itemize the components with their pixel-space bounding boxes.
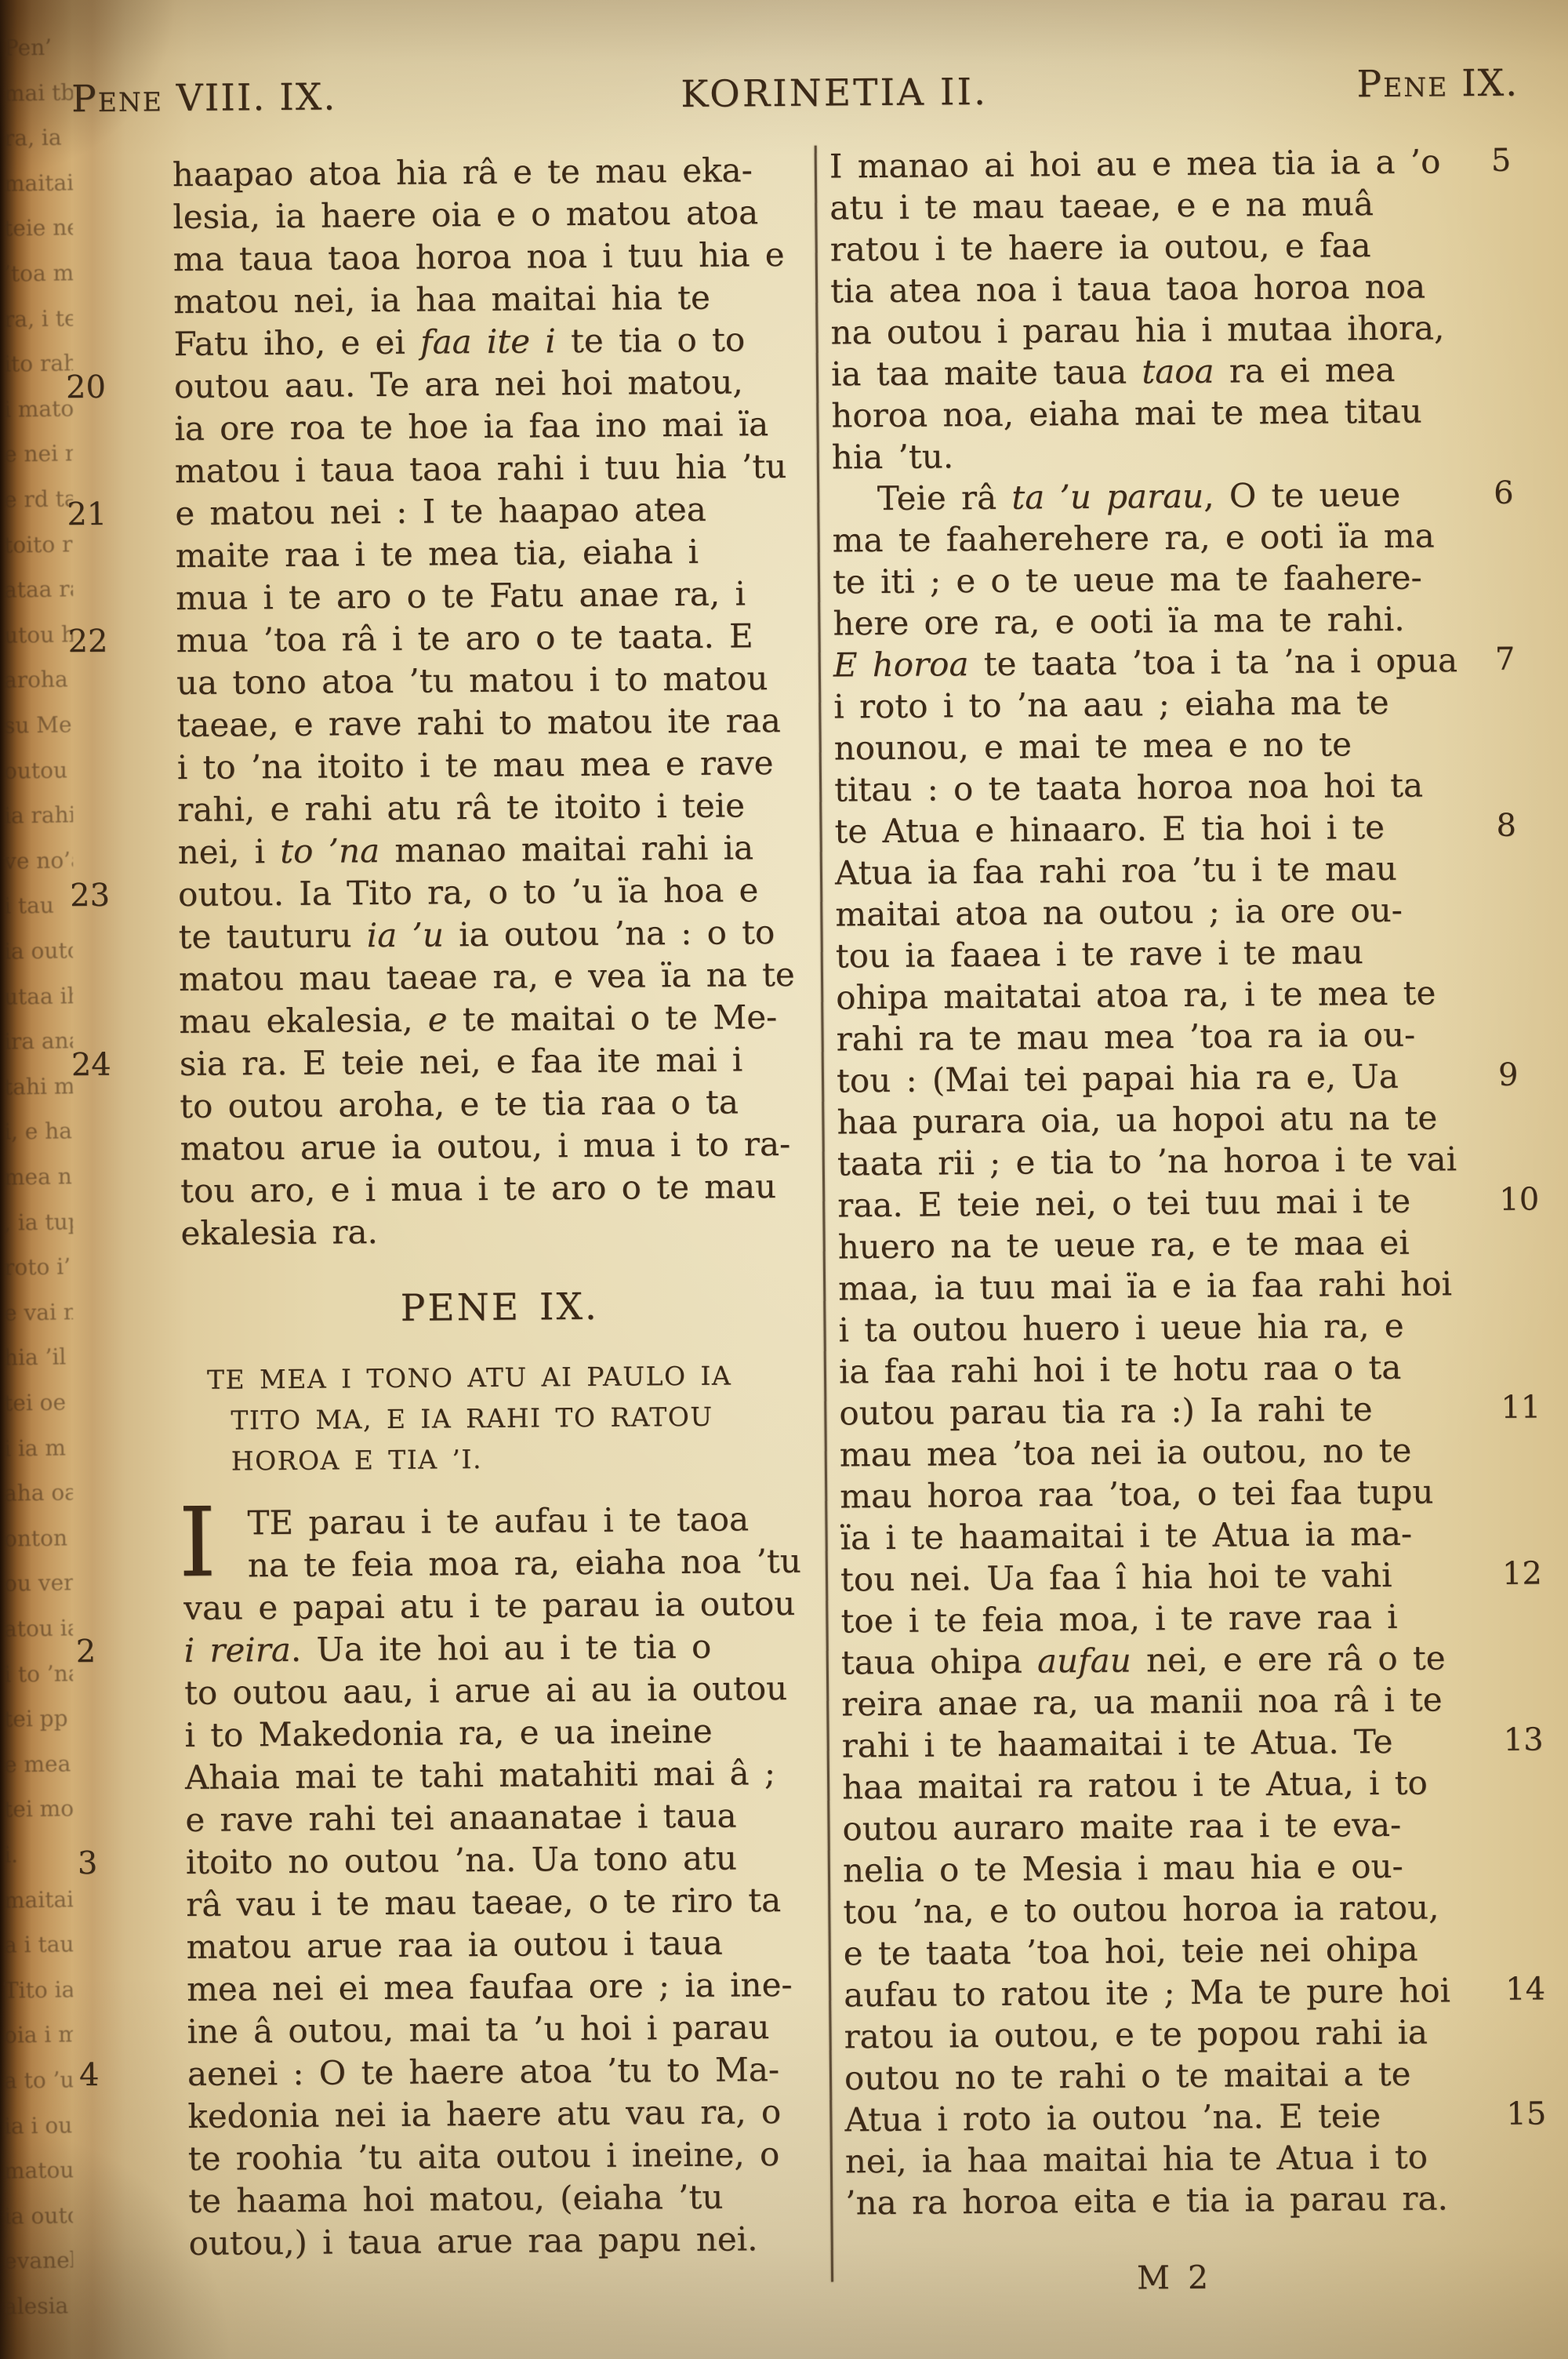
verse-text: sia ra. E teie nei, e faa ite mai i	[180, 1040, 743, 1083]
verse-text: ia faa rahi hoi i te hotu raa o ta	[839, 1348, 1402, 1391]
verse-text: te iti ; e o te ueue ma te faahere-	[833, 558, 1422, 602]
text-line: Fatu iho, e ei faa ite i te tia o to	[173, 318, 810, 365]
book-title: KORINETIA II.	[681, 71, 988, 116]
verse-text: ua tono atoa ’tu matou i to matou	[176, 659, 768, 702]
verse-text: matou mau taeae ra, e vea ïa na te	[179, 955, 795, 998]
facing-page-text-fragment: , ia tup	[4, 1210, 73, 1234]
verse-number: 23	[70, 874, 142, 917]
text-line: outou no te rahi o te maitai a te	[844, 2052, 1501, 2099]
facing-page-text-fragment: ve no’a	[4, 849, 73, 873]
facing-page-text-fragment: ataa raa’	[4, 577, 73, 602]
text-line: to outou aau, i arue ai au ia outou	[184, 1667, 821, 1714]
facing-page-text-fragment: ia outo	[4, 939, 73, 963]
verse-text: aenei : O te haere atoa ’tu to Ma-	[187, 2050, 780, 2093]
verse-number: 15	[1494, 2093, 1568, 2135]
facing-page-text-fragment: aha oa	[4, 1481, 73, 1505]
verse-text: ’na ra horoa eita e tia ia parau ra.	[845, 2179, 1448, 2222]
left-column-verses: haapao atoa hia râ e te mau eka-lesia, i…	[172, 149, 818, 1255]
text-line: tou nei. Ua faa î hia hoi te vahi12	[840, 1554, 1497, 1601]
text-line: Atua ia faa rahi roa ’tu i te mau	[835, 847, 1492, 894]
verse-text: TE parau i te aufau i te taoa	[247, 1499, 749, 1542]
facing-page-text-fragment: tei moa	[4, 1797, 73, 1822]
verse-text: outou auraro maite raa i te eva-	[842, 1805, 1401, 1848]
book-page-photo: Pen’mai tbra, iamaitaiteie ne’toa mra, i…	[0, 0, 1568, 2359]
verse-text: Teie râ ta ’u parau, O te ueue	[832, 475, 1400, 518]
verse-text: nounou, e mai te mea e no te	[834, 725, 1352, 767]
facing-page-text-fragment: mea n	[4, 1165, 73, 1189]
verse-text: E horoa te taata ’toa i ta ’na i opua	[833, 641, 1458, 684]
facing-page-text-fragment: matou ’	[4, 2158, 73, 2183]
text-line: matou i taua taoa rahi i tuu hia ’tu	[175, 445, 811, 493]
text-line: i to ’na itoito i te mau mea e rave	[177, 742, 814, 789]
verse-text: i roto i to ’na aau ; eiaha ma te	[833, 683, 1389, 726]
verse-number: 10	[1486, 1179, 1568, 1221]
verse-text: mua i te aro o te Fatu anae ra, i	[176, 574, 746, 617]
verse-text: nei, i to ’na manao maitai rahi ia	[178, 828, 754, 871]
verse-text: haa maitai ra ratou i te Atua, i to	[842, 1764, 1428, 1807]
text-line: E horoa te taata ’toa i ta ’na i opua7	[833, 639, 1490, 686]
verse-text: ratou i te haere ia outou, e faa	[830, 226, 1371, 268]
facing-page-text-fragment: onton t	[4, 1526, 73, 1550]
facing-page-text-fragment: i tau	[4, 894, 73, 918]
text-line: Ahaia mai te tahi matahiti mai â ;	[185, 1752, 822, 1799]
text-line: matou nei, ia haa maitai hia te	[173, 276, 810, 323]
text-line: e te taata ’toa hoi, teie nei ohipa	[844, 1928, 1501, 1975]
text-line: aenei : O te haere atoa ’tu to Ma-4	[187, 2048, 824, 2095]
verse-text: te Atua e hinaaro. E tia hoi i te	[834, 808, 1385, 851]
verse-text: rahi, e rahi atu râ te itoito i teie	[177, 786, 745, 829]
verse-number: 24	[71, 1043, 143, 1086]
facing-page-text-fragment: Tito ia	[4, 1978, 73, 2002]
text-line: ia ore roa te hoe ia faa ino mai ïa	[174, 403, 811, 450]
verse-text: tou nei. Ua faa î hia hoi te vahi	[840, 1556, 1392, 1599]
text-line: I manao ai hoi au e mea tia ia a ’o5	[829, 140, 1486, 187]
verse-text: i reira. Ua ite hoi au i te tia o	[184, 1627, 712, 1670]
facing-page-text-fragment: ia outou	[4, 2204, 73, 2228]
text-line: ohipa maitatai atoa ra, i te mea te	[836, 972, 1493, 1019]
verse-text: atu i te mau taeae, e e na muâ	[829, 184, 1374, 227]
text-line: na outou i parau hia i mutaa ihora,	[830, 307, 1487, 354]
text-line: ine â outou, mai ta ’u hoi i parau	[187, 2006, 823, 2053]
facing-page-edge: Pen’mai tbra, iamaitaiteie ne’toa mra, i…	[0, 0, 75, 2359]
verse-text: outou aau. Te ara nei hoi matou,	[174, 362, 743, 405]
text-line: itoito no outou ’na. Ua tono atu3	[186, 1837, 822, 1884]
text-line: outou,) i taua arue raa papu nei.	[188, 2218, 825, 2265]
verse-text: here ore ra, e ooti ïa ma te rahi.	[833, 600, 1405, 643]
verse-text: huero na te ueue ra, e te maa ei	[838, 1223, 1410, 1267]
text-line: nelia o te Mesia i mau hia e ou-	[843, 1845, 1500, 1892]
text-line: ratou i te haere ia outou, e faa	[830, 224, 1487, 271]
text-line: reira anae ra, ua manii noa râ i te	[841, 1678, 1498, 1725]
facing-page-text-fragment: teie ne	[4, 216, 73, 241]
text-line: taeae, e rave rahi to matou ite raa	[176, 700, 813, 747]
verse-number: 2	[76, 1630, 148, 1673]
verse-text: ratou ia outou, e te popou rahi ia	[844, 2013, 1428, 2056]
verse-text: i ta outou huero i ueue hia ra, e	[838, 1307, 1404, 1350]
verse-text: e matou nei : I te haapao atea	[175, 490, 706, 533]
facing-page-text-fragment: ra, i te	[4, 307, 73, 331]
text-line: e rave rahi tei anaanatae i taua	[185, 1794, 822, 1841]
text-line: maite raa i te mea tia, eiaha i	[176, 530, 812, 577]
facing-page-text-fragment: toito ra	[4, 533, 73, 557]
facing-page-text-fragment: ’toa m	[4, 261, 73, 285]
facing-page-text-fragment: utaa ih	[4, 984, 73, 1009]
facing-page-text-fragment: ia rahi u	[4, 803, 73, 827]
verse-text: mau horoa raa ’toa, o tei faa tupu	[840, 1473, 1434, 1516]
text-line: rahi, e rahi atu râ te itoito i teie	[177, 784, 814, 831]
verse-text: outou. Ia Tito ra, o to ’u ïa hoa e	[178, 871, 759, 914]
verse-number: 14	[1493, 1968, 1568, 2011]
facing-page-text-fragment: su Mesi	[4, 713, 73, 737]
verse-text: rahi ra te mau mea ’toa ra ia ou-	[836, 1016, 1415, 1059]
facing-page-text-fragment: outou ri	[4, 758, 73, 783]
verse-text: Atua ia faa rahi roa ’tu i te mau	[835, 849, 1397, 892]
text-line: mua i te aro o te Fatu anae ra, i	[176, 572, 812, 620]
facing-page-text-fragment: ou ver	[4, 1572, 73, 1596]
facing-page-text-fragment: tei oe	[4, 1390, 73, 1415]
running-head-left: Pene VIII. IX.	[71, 75, 337, 121]
verse-number: 21	[67, 493, 139, 536]
verse-number: 22	[67, 620, 140, 663]
verse-text: e rave rahi tei anaanatae i taua	[185, 1797, 737, 1840]
text-line: raa. E teie nei, o tei tuu mai i te10	[837, 1179, 1494, 1227]
text-line: e matou nei : I te haapao atea21	[175, 488, 811, 535]
verse-text: e te taata ’toa hoi, teie nei ohipa	[844, 1930, 1418, 1973]
text-line: tou : (Mai tei papai hia ra e, Ua9	[837, 1055, 1494, 1102]
verse-text: nei, ia haa maitai hia te Atua i to	[845, 2138, 1428, 2181]
facing-page-text-fragment: tei pp	[4, 1707, 73, 1731]
text-line: nounou, e mai te mea e no te	[834, 722, 1491, 769]
facing-page-text-fragment: hia ’il	[4, 1346, 73, 1370]
verse-text: ïa i te haamaitai i te Atua ia ma-	[840, 1514, 1412, 1558]
text-line: ma te faaherehere ra, e ooti ïa ma	[832, 514, 1489, 562]
verse-text: râ vau i te mau taeae, o te riro ta	[186, 1881, 781, 1924]
facing-page-text-fragment: alesia i t	[4, 2294, 73, 2318]
verse-text: ia taa maite taua taoa ra ei mea	[831, 351, 1396, 394]
text-line: ’na ra horoa eita e tia ia parau ra.	[845, 2177, 1502, 2224]
facing-page-text-fragment: roto i’	[4, 1255, 73, 1279]
verse-text: itoito no outou ’na. Ua tono atu	[186, 1838, 738, 1881]
text-line: ratou ia outou, e te popou rahi ia	[844, 2011, 1501, 2058]
text-line: TE parau i te aufau i te taoa	[247, 1498, 819, 1545]
verse-text: taua ohipa aufau nei, e ere râ o te	[841, 1638, 1446, 1681]
verse-text: mau ekalesia, e te maitai o te Me-	[179, 998, 777, 1041]
facing-page-text-fragment: i.	[4, 1842, 73, 1866]
facing-page-text-fragment: ra, ia	[4, 125, 73, 150]
text-line: ia taa maite taua taoa ra ei mea	[831, 348, 1488, 395]
text-line: matou arue ia outou, i mua i to ra-	[180, 1123, 816, 1170]
verse-text: maa, ia tuu mai ïa e ia faa rahi hoi	[838, 1264, 1452, 1307]
verse-text: mau mea ’toa nei ia outou, no te	[840, 1431, 1412, 1474]
verse-text: na outou i parau hia i mutaa ihora,	[830, 308, 1444, 351]
verse-number: 12	[1490, 1553, 1568, 1595]
facing-page-text-fragment: mai tb	[4, 81, 73, 105]
verse-number: 5	[1479, 140, 1562, 182]
facing-page-text-fragment: ito rah	[4, 351, 73, 376]
left-column-verses-2: vau e papai atu i te parau ia outoui rei…	[183, 1583, 826, 2265]
text-line: outou parau tia ra :) Ia rahi te11	[839, 1387, 1496, 1434]
text-line: matou arue raa ia outou i taua	[186, 1921, 822, 1968]
text-line: haa maitai ra ratou i te Atua, i to	[842, 1761, 1499, 1808]
summary-line: TITO MA, E IA RAHI TO RATOU	[230, 1396, 818, 1441]
verse-text: Atua i roto ia outou ’na. E teie	[844, 2096, 1381, 2139]
text-line: haa purara oia, ua hopoi atu na te	[837, 1096, 1494, 1143]
verse-text: tia atea noa i taua taoa horoa noa	[830, 267, 1425, 311]
text-line: outou. Ia Tito ra, o to ’u ïa hoa e23	[178, 869, 815, 916]
text-line: to outou aroha, e te tia raa o ta	[180, 1081, 816, 1128]
verse-text: tou ia faaea i te rave i te mau	[836, 932, 1363, 975]
verse-text: ine â outou, mai ta ’u hoi i parau	[187, 2008, 769, 2051]
text-line: mau mea ’toa nei ia outou, no te	[840, 1429, 1497, 1476]
text-line: mau ekalesia, e te maitai o te Me-	[179, 996, 815, 1043]
verse-text: maite raa i te mea tia, eiaha i	[176, 533, 699, 575]
facing-page-text-fragment: evanelia	[4, 2249, 73, 2274]
verse-text: tou : (Mai tei papai hia ra e, Ua	[837, 1057, 1399, 1100]
text-line: kedonia nei ia haere atu vau ra, o	[187, 2091, 824, 2138]
summary-line: TE MEA I TONO ATU AI PAULO IA	[207, 1355, 818, 1401]
left-column: haapao atoa hia râ e te mau eka-lesia, i…	[172, 149, 826, 2265]
verse-text: matou arue raa ia outou i taua	[187, 1924, 723, 1966]
text-line: te iti ; e o te ueue ma te faahere-	[833, 556, 1490, 603]
facing-page-text-fragment: ia i ou	[4, 2114, 73, 2138]
verse-text: tou ’na, e to outou horoa ia ratou,	[843, 1888, 1439, 1931]
text-line: rahi i te haamaitai i te Atua. Te13	[841, 1720, 1498, 1767]
text-line: hia ’tu.	[832, 431, 1489, 478]
text-line: mea nei ei mea faufaa ore ; ia ine-	[187, 1964, 823, 2011]
verse-text: horoa noa, eiaha mai te mea titau	[831, 392, 1422, 435]
verse-text: raa. E teie nei, o tei tuu mai i te	[837, 1182, 1410, 1225]
verse-text: i to ’na itoito i te mau mea e rave	[177, 743, 774, 787]
facing-page-text-fragment: maitai	[4, 1888, 73, 1912]
verse-text: te tauturu ia ’u ia outou ’na : o to	[178, 913, 775, 956]
page-content: Pene VIII. IX. KORINETIA II. Pene IX. ha…	[0, 0, 1568, 2359]
text-line: te Atua e hinaaro. E tia hoi i te8	[834, 805, 1491, 852]
right-column: I manao ai hoi au e mea tia ia a ’o5atu …	[829, 140, 1503, 2224]
verse-text: I manao ai hoi au e mea tia ia a ’o	[829, 142, 1441, 185]
text-line: haapao atoa hia râ e te mau eka-	[172, 149, 809, 196]
verse-text: taeae, e rave rahi to matou ite raa	[176, 701, 781, 744]
text-line: maa, ia tuu mai ïa e ia faa rahi hoi	[838, 1263, 1495, 1310]
verse-text: matou i taua taoa rahi i tuu hia ’tu	[175, 447, 787, 490]
text-line: aufau to ratou ite ; Ma te pure hoi14	[844, 1969, 1501, 2016]
facing-page-text-fragment: i matou	[4, 397, 73, 421]
drop-cap: I	[178, 1501, 216, 1584]
verse-text: ohipa maitatai atoa ra, i te mea te	[836, 973, 1436, 1016]
verse-text: haapao atoa hia râ e te mau eka-	[172, 151, 753, 194]
verse-text: haa purara oia, ua hopoi atu na te	[837, 1098, 1437, 1141]
facing-page-text-fragment: i, e ha	[4, 1120, 73, 1144]
text-line: Atua i roto ia outou ’na. E teie15	[844, 2094, 1501, 2141]
verse-text: outou no te rahi o te maitai a te	[844, 2055, 1411, 2098]
verse-text: tou aro, e i mua i te aro o te mau	[180, 1167, 776, 1210]
text-line: nei, ia haa maitai hia te Atua i to	[845, 2135, 1502, 2183]
text-line: tia atea noa i taua taoa horoa noa	[830, 265, 1487, 312]
text-line: te tauturu ia ’u ia outou ’na : o to	[178, 911, 815, 958]
text-line: mua ’toa râ i te aro o te taata. E22	[176, 615, 812, 662]
verse-text: mua ’toa râ i te aro o te taata. E	[176, 616, 753, 660]
text-line: outou auraro maite raa i te eva-	[842, 1803, 1499, 1850]
verse-text: aufau to ratou ite ; Ma te pure hoi	[844, 1971, 1450, 2014]
verse-text: maitai atoa na outou ; ia ore ou-	[835, 891, 1403, 934]
facing-page-text-fragment: Pen’	[4, 35, 73, 60]
facing-page-text-fragment: maitai	[4, 171, 73, 195]
verse-text: ma te faaherehere ra, e ooti ïa ma	[832, 516, 1434, 559]
text-line: i ta outou huero i ueue hia ra, e	[838, 1304, 1495, 1351]
chapter-summary: TE MEA I TONO ATU AI PAULO IATITO MA, E …	[182, 1355, 819, 1482]
facing-page-text-fragment: atou ia’	[4, 1616, 73, 1641]
text-line: ia faa rahi hoi i te hotu raa o ta	[839, 1346, 1496, 1393]
text-line: i reira. Ua ite hoi au i te tia o2	[184, 1625, 821, 1672]
text-line: vau e papai atu i te parau ia outou	[183, 1583, 820, 1630]
text-line: horoa noa, eiaha mai te mea titau	[831, 390, 1488, 437]
text-line: tou ia faaea i te rave i te mau	[836, 930, 1493, 977]
facing-page-text-fragment: i to ’na	[4, 1662, 73, 1686]
page-header: Pene VIII. IX. KORINETIA II. Pene IX.	[0, 66, 1559, 129]
text-line: i roto i to ’na aau ; eiaha ma te	[833, 681, 1490, 728]
verse-text: Fatu iho, e ei faa ite i te tia o to	[173, 320, 745, 363]
text-line: here ore ra, e ooti ïa ma te rahi.	[833, 598, 1490, 645]
verse-text: na te feia moa ra, eiaha noa ’tu	[248, 1542, 801, 1585]
verse-text: taata rii ; e tia to ’na horoa i te vai	[837, 1140, 1457, 1183]
verse-text: mea nei ei mea faufaa ore ; ia ine-	[187, 1965, 793, 2008]
verse-number: 3	[78, 1841, 150, 1885]
facing-page-text-fragment: i ia m	[4, 1436, 73, 1460]
text-line: maitai atoa na outou ; ia ore ou-	[835, 889, 1492, 936]
facing-page-text-fragment: e mea	[4, 1752, 73, 1776]
text-line: ïa i te haamaitai i te Atua ia ma-	[840, 1512, 1497, 1559]
facing-page-text-fragment: oia i m	[4, 2023, 73, 2048]
running-head-right: Pene IX.	[1356, 62, 1519, 107]
verse-number: 20	[66, 365, 138, 409]
verse-text: reira anae ra, ua manii noa râ i te	[841, 1680, 1443, 1723]
text-line: titau : o te taata horoa noa hoi ta	[834, 764, 1491, 811]
text-line: taata rii ; e tia to ’na horoa i te vai	[837, 1138, 1494, 1185]
text-line: râ vau i te mau taeae, o te riro ta	[186, 1879, 822, 1926]
text-line: ekalesia ra.	[180, 1208, 817, 1255]
summary-line: HOROA E TIA ’I.	[231, 1437, 819, 1482]
text-line: i to Makedonia ra, e ua ineine	[184, 1710, 821, 1757]
text-line: atu i te mau taeae, e e na muâ	[829, 182, 1486, 229]
signature-mark: M 2	[846, 2256, 1503, 2299]
text-line: nei, i to ’na manao maitai rahi ia	[178, 827, 815, 874]
verse-text: nelia o te Mesia i mau hia e ou-	[843, 1847, 1403, 1890]
facing-page-text-fragment: tahi m	[4, 1074, 73, 1099]
verse-text: toe i te feia moa, i te rave raa i	[840, 1598, 1397, 1641]
chapter-heading: PENE IX.	[181, 1283, 818, 1333]
verse-text: te roohia ’tu aita outou i ineine, o	[188, 2135, 780, 2178]
text-line: rahi ra te mau mea ’toa ra ia ou-	[836, 1013, 1493, 1060]
facing-page-text-fragment: e nei m	[4, 442, 73, 467]
verse-number: 7	[1483, 638, 1566, 681]
facing-page-text-fragment: a i taun	[4, 1932, 73, 1957]
verse-text: i to Makedonia ra, e ua ineine	[184, 1712, 712, 1754]
text-line: ua tono atoa ’tu matou i to matou	[176, 657, 813, 704]
facing-page-text-fragment: aroha n	[4, 668, 73, 692]
verse-number: 6	[1481, 472, 1564, 514]
text-line: outou aau. Te ara nei hoi matou,20	[174, 361, 811, 408]
text-line: taua ohipa aufau nei, e ere râ o te	[841, 1637, 1498, 1684]
verse-text: lesia, ia haere oia e o matou atoa	[172, 193, 758, 236]
verse-text: outou,) i taua arue raa papu nei.	[188, 2219, 757, 2263]
verse-text: matou arue ia outou, i mua i to ra-	[180, 1125, 791, 1168]
verse-number: 8	[1483, 805, 1566, 847]
text-line: te haama hoi matou, (eiaha ’tu	[188, 2175, 825, 2223]
text-line: sia ra. E teie nei, e faa ite mai i24	[180, 1038, 816, 1085]
text-line: matou mau taeae ra, e vea ïa na te	[179, 954, 815, 1001]
verse-text: ia ore roa te hoe ia faa ino mai ïa	[174, 405, 768, 448]
verse-text: ma taua taoa horoa noa i tuu hia e	[173, 235, 785, 278]
facing-page-text-fragment: ira anae	[4, 1029, 73, 1053]
text-line: ma taua taoa horoa noa i tuu hia e	[173, 234, 810, 281]
verse-text: matou nei, ia haa maitai hia te	[173, 278, 710, 321]
drop-cap-lines: TE parau i te aufau i te taoana te feia …	[247, 1498, 820, 1587]
verse-text: kedonia nei ia haere atu vau ra, o	[187, 2092, 781, 2135]
text-line: tou aro, e i mua i te aro o te mau	[180, 1165, 817, 1212]
verse-text: hia ’tu.	[832, 437, 954, 476]
verse-text: to outou aau, i arue ai au ia outou	[184, 1669, 787, 1712]
text-line: Teie râ ta ’u parau, O te ueue6	[832, 473, 1489, 520]
facing-page-text-fragment: e rd ta’i	[4, 487, 73, 511]
text-line: lesia, ia haere oia e o matou atoa	[172, 191, 809, 238]
verse-number: 13	[1490, 1719, 1568, 1761]
verse-number: 9	[1486, 1054, 1568, 1096]
chapter-opening: I TE parau i te aufau i te taoana te fei…	[183, 1498, 820, 1587]
text-line: tou ’na, e to outou horoa ia ratou,	[843, 1886, 1500, 1933]
verse-text: ekalesia ra.	[180, 1212, 378, 1252]
facing-page-text-fragment: a to ’u	[4, 2068, 73, 2092]
verse-text: outou parau tia ra :) Ia rahi te	[839, 1390, 1373, 1432]
text-line: mau horoa raa ’toa, o tei faa tupu	[840, 1470, 1497, 1518]
facing-page-text-fragment: utou hin	[4, 623, 73, 647]
verse-text: rahi i te haamaitai i te Atua. Te	[842, 1722, 1393, 1765]
verse-text: te haama hoi matou, (eiaha ’tu	[188, 2178, 724, 2220]
verse-text: titau : o te taata horoa noa hoi ta	[834, 766, 1423, 809]
text-line: na te feia moa ra, eiaha noa ’tu	[248, 1540, 820, 1587]
verse-text: to outou aroha, e te tia raa o ta	[180, 1082, 739, 1125]
facing-page-text-fragment: e vai n	[4, 1300, 73, 1325]
verse-number: 11	[1488, 1387, 1568, 1429]
verse-text: vau e papai atu i te parau ia outou	[183, 1584, 795, 1627]
text-line: toe i te feia moa, i te rave raa i	[840, 1595, 1497, 1642]
text-line: te roohia ’tu aita outou i ineine, o	[188, 2133, 825, 2180]
verse-number: 4	[79, 2053, 151, 2096]
text-line: huero na te ueue ra, e te maa ei	[838, 1221, 1495, 1268]
verse-text: Ahaia mai te tahi matahiti mai â ;	[185, 1754, 775, 1797]
